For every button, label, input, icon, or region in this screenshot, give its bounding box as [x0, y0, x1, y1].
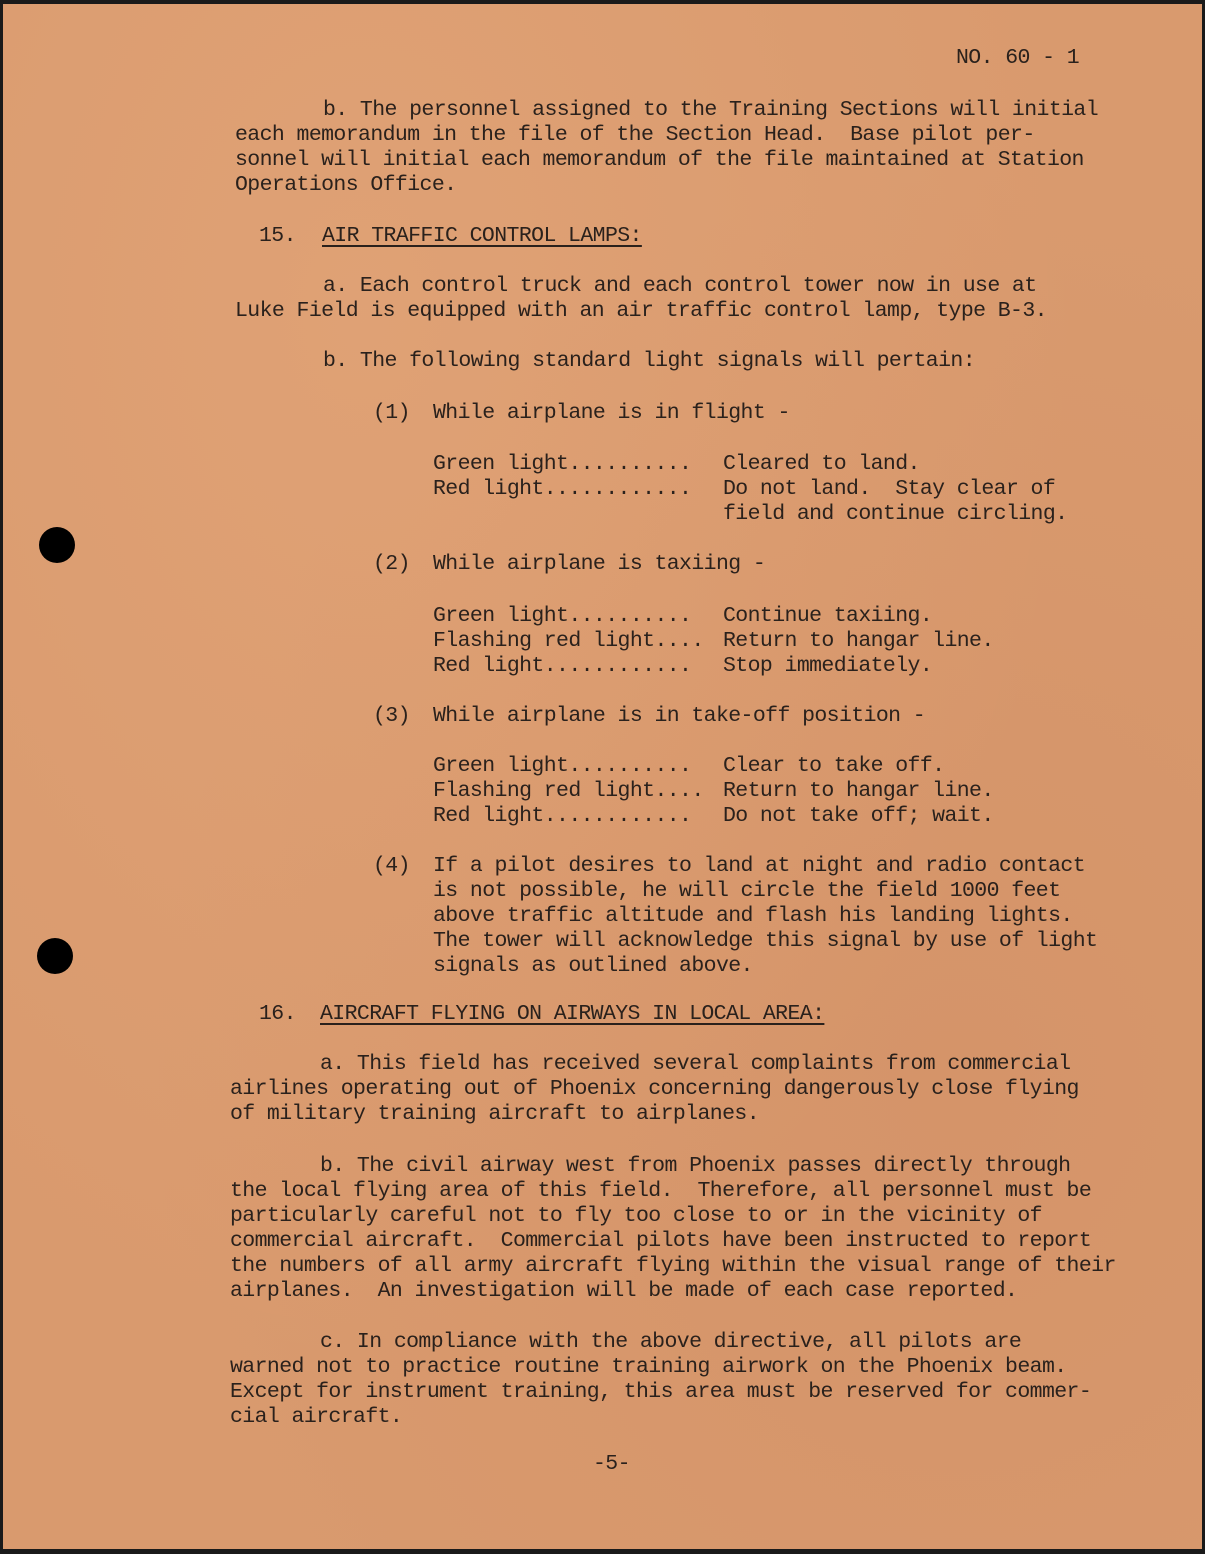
section-15-title: AIR TRAFFIC CONTROL LAMPS: [322, 224, 642, 249]
item-4-line-4: The tower will acknowledge this signal b… [433, 929, 1097, 954]
s16-para-a-line-3: of military training aircraft to airplan… [230, 1102, 759, 1127]
item-1-signal-2-meaning-cont: field and continue circling. [723, 502, 1067, 527]
s15-para-b: b. The following standard light signals … [323, 349, 975, 374]
s16-para-c-line-2: warned not to practice routine training … [230, 1355, 1067, 1380]
s16-para-b-line-3: particularly careful not to fly too clos… [230, 1204, 1042, 1229]
s16-para-b-line-5: the numbers of all army aircraft flying … [230, 1254, 1116, 1279]
para-b-line-3: sonnel will initial each memorandum of t… [235, 148, 1084, 173]
s16-para-a-line-1: a. This field has received several compl… [320, 1052, 1070, 1077]
s16-para-b-line-4: commercial aircraft. Commercial pilots h… [230, 1229, 1091, 1254]
s16-para-c-line-4: cial aircraft. [230, 1405, 402, 1430]
item-4-num: (4) [373, 854, 410, 879]
s16-para-b-line-2: the local flying area of this field. The… [230, 1179, 1091, 1204]
item-3-heading: While airplane is in take-off position - [433, 704, 925, 729]
item-2-signal-2-meaning: Return to hangar line. [723, 629, 994, 654]
s15-para-a-line-1: a. Each control truck and each control t… [323, 274, 1037, 299]
section-16-number: 16. [259, 1002, 296, 1027]
item-2-signal-1-meaning: Continue taxiing. [723, 604, 932, 629]
item-3-signal-1-meaning: Clear to take off. [723, 754, 944, 779]
item-3-signal-3-light: Red light............ [433, 804, 691, 829]
section-16-title: AIRCRAFT FLYING ON AIRWAYS IN LOCAL AREA… [320, 1002, 824, 1027]
page-number: -5- [593, 1452, 630, 1477]
item-3-signal-2-meaning: Return to hangar line. [723, 779, 994, 804]
item-4-line-5: signals as outlined above. [433, 954, 753, 979]
section-15-number: 15. [259, 224, 296, 249]
punch-hole-bottom [37, 938, 73, 974]
item-2-signal-1-light: Green light.......... [433, 604, 691, 629]
s16-para-c-line-3: Except for instrument training, this are… [230, 1380, 1091, 1405]
s16-para-a-line-2: airlines operating out of Phoenix concer… [230, 1077, 1079, 1102]
item-2-heading: While airplane is taxiing - [433, 552, 765, 577]
s16-para-b-line-1: b. The civil airway west from Phoenix pa… [320, 1154, 1070, 1179]
item-3-signal-3-meaning: Do not take off; wait. [723, 804, 994, 829]
item-1-num: (1) [373, 401, 410, 426]
item-2-signal-3-meaning: Stop immediately. [723, 654, 932, 679]
item-1-signal-2-meaning: Do not land. Stay clear of [723, 477, 1055, 502]
item-2-signal-2-light: Flashing red light.... [433, 629, 704, 654]
s16-para-c-line-1: c. In compliance with the above directiv… [320, 1330, 1021, 1355]
item-4-line-1: If a pilot desires to land at night and … [433, 854, 1085, 879]
item-4-line-3: above traffic altitude and flash his lan… [433, 904, 1073, 929]
item-4-line-2: is not possible, he will circle the fiel… [433, 879, 1060, 904]
item-1-signal-2-light: Red light............ [433, 477, 691, 502]
para-b-line-1: b. The personnel assigned to the Trainin… [323, 98, 1098, 123]
s16-para-b-line-6: airplanes. An investigation will be made… [230, 1279, 1017, 1304]
punch-hole-top [39, 527, 75, 563]
item-2-num: (2) [373, 552, 410, 577]
item-3-signal-2-light: Flashing red light.... [433, 779, 704, 804]
para-b-line-4: Operations Office. [235, 173, 456, 198]
item-1-signal-1-light: Green light.......... [433, 452, 691, 477]
item-3-signal-1-light: Green light.......... [433, 754, 691, 779]
item-1-heading: While airplane is in flight - [433, 401, 790, 426]
s15-para-a-line-2: Luke Field is equipped with an air traff… [235, 299, 1047, 324]
doc-number: NO. 60 - 1 [956, 46, 1079, 71]
para-b-line-2: each memorandum in the file of the Secti… [235, 123, 1035, 148]
item-1-signal-1-meaning: Cleared to land. [723, 452, 920, 477]
item-2-signal-3-light: Red light............ [433, 654, 691, 679]
item-3-num: (3) [373, 704, 410, 729]
document-page: NO. 60 - 1 b. The personnel assigned to … [3, 4, 1202, 1549]
